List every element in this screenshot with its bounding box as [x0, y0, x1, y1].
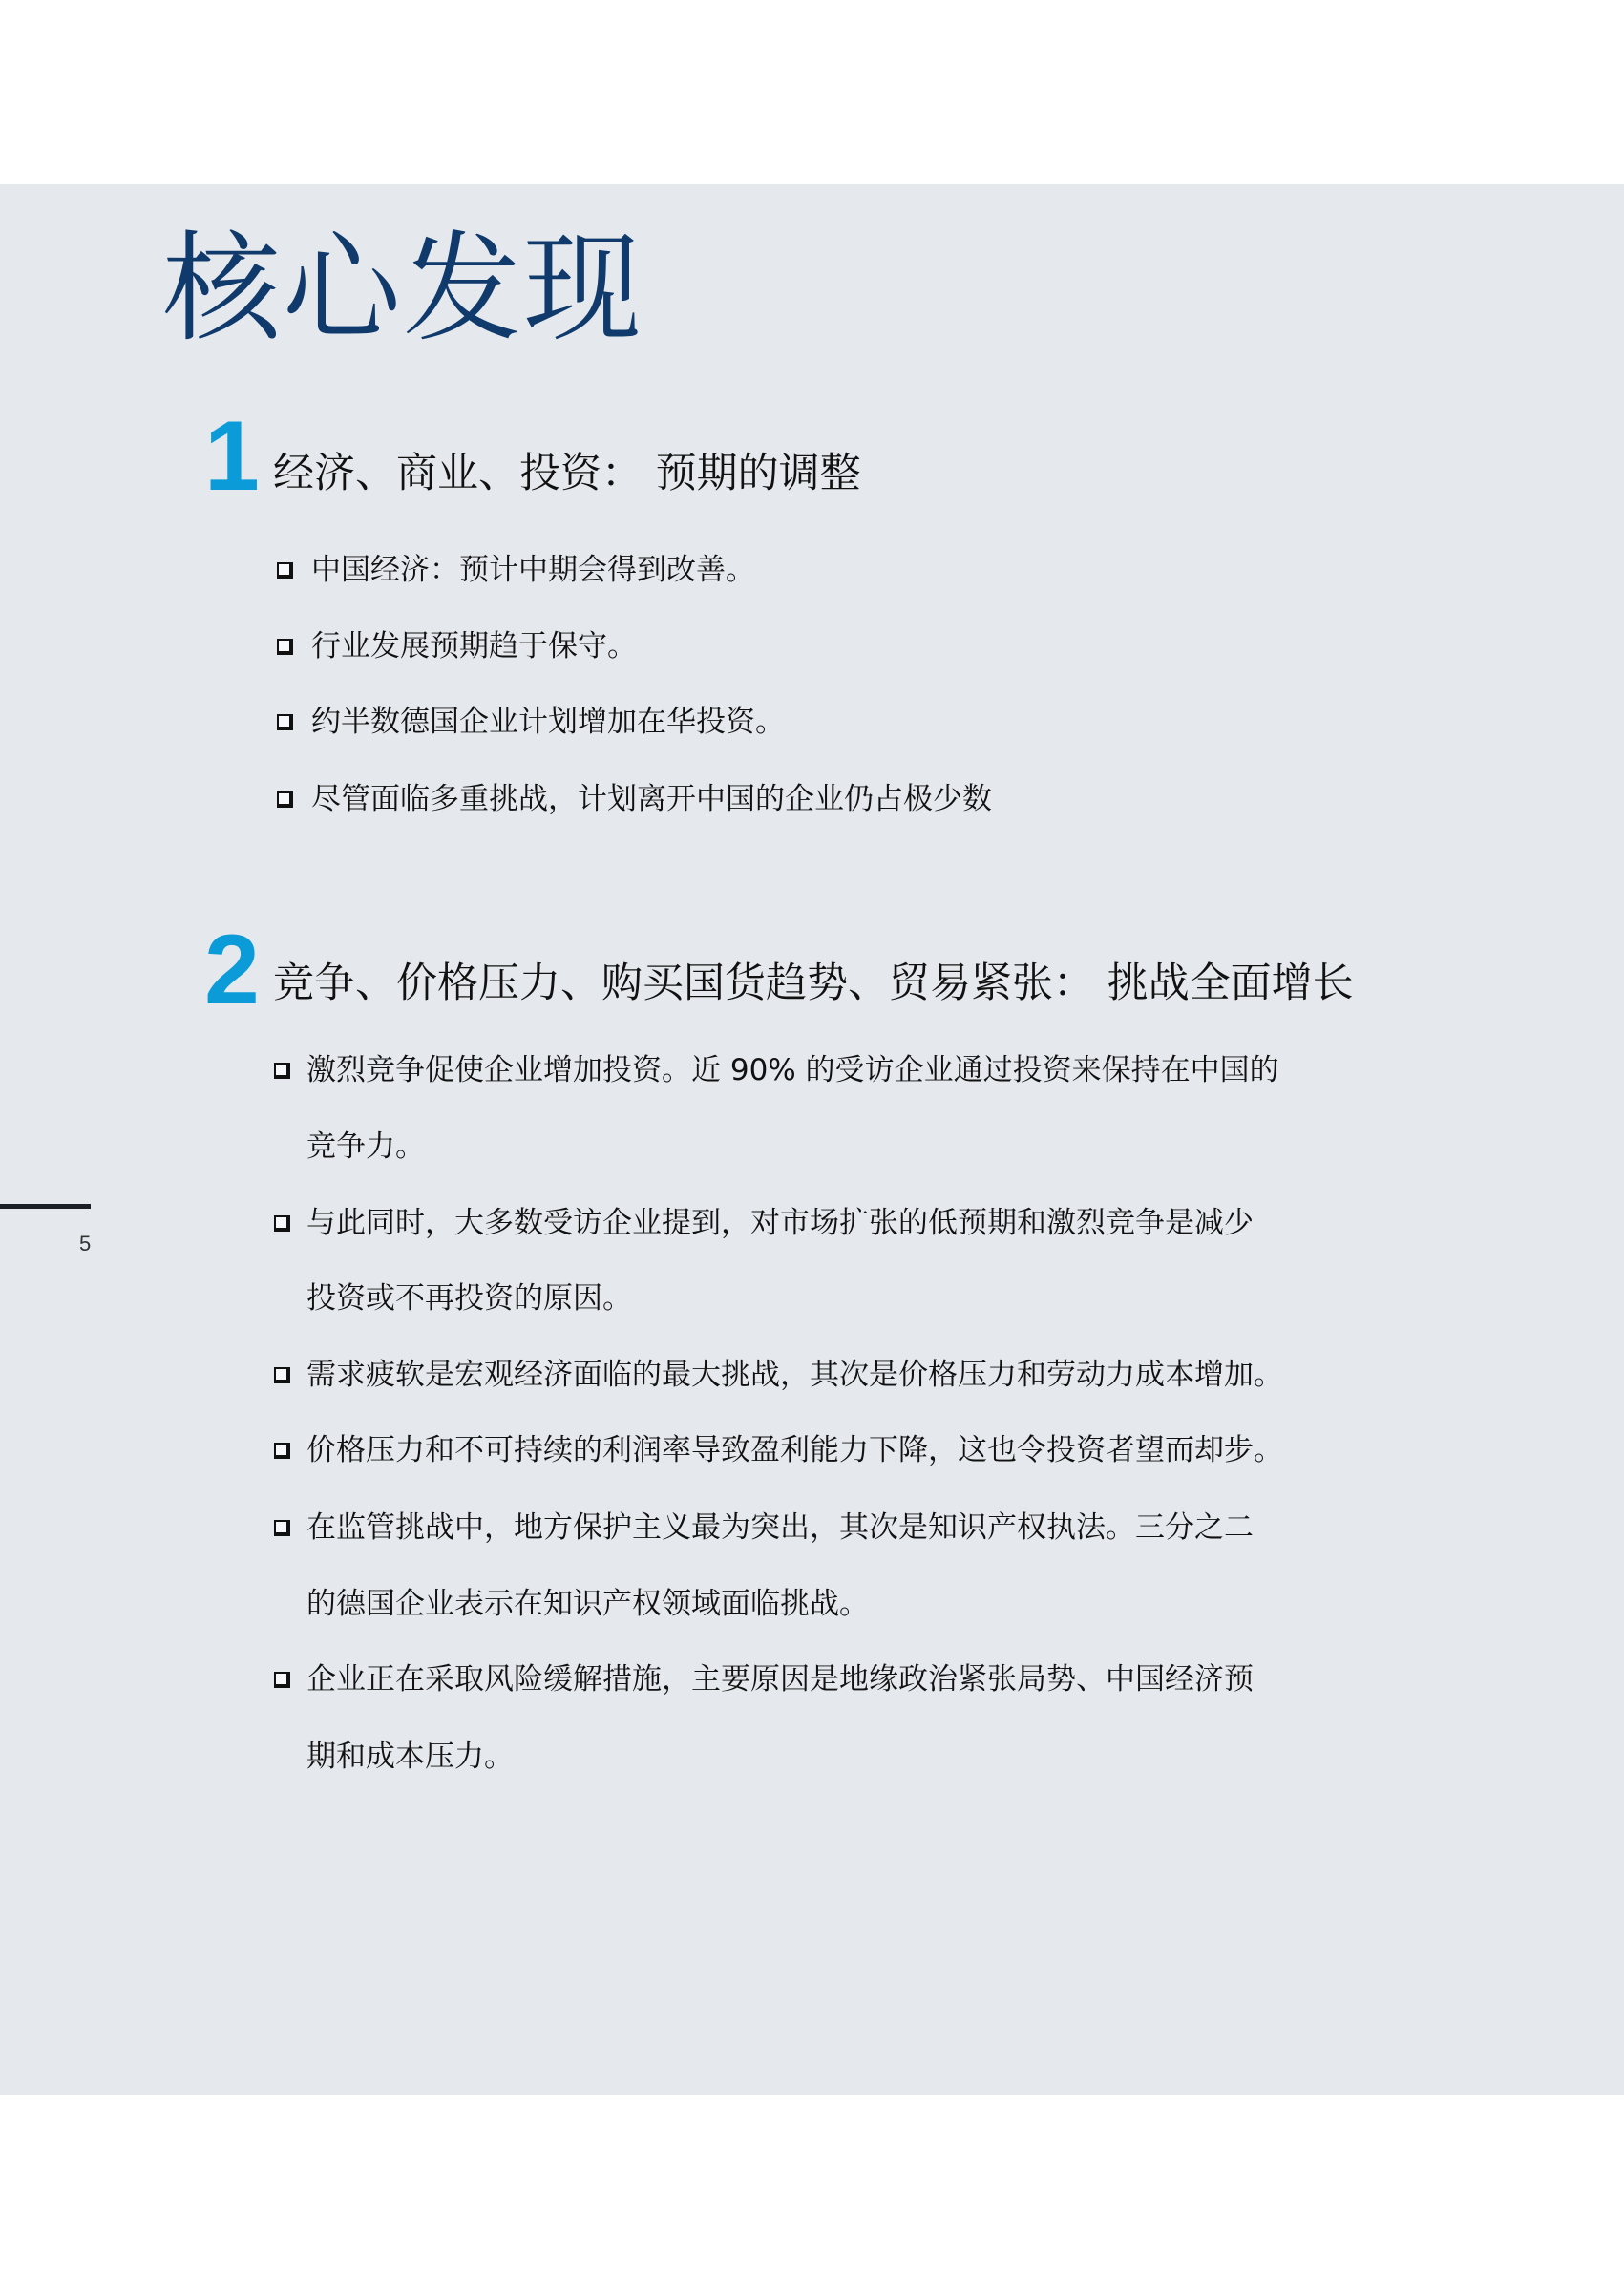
checkbox-shadow-icon	[277, 714, 293, 730]
list-item-text-continued: 期和成本压力。	[306, 1738, 514, 1776]
checkbox-shadow-icon	[277, 791, 293, 808]
list-item-text: 需求疲软是宏观经济面临的最大挑战，其次是价格压力和劳动力成本增加。	[306, 1356, 1283, 1394]
checkbox-shadow-icon	[274, 1443, 290, 1459]
checkbox-shadow-icon	[274, 1215, 290, 1232]
section-1-number: 1	[204, 407, 260, 506]
section-2-number: 2	[204, 920, 260, 1020]
checkbox-shadow-icon	[274, 1672, 290, 1688]
checkbox-shadow-icon	[277, 639, 293, 655]
list-item-text: 与此同时，大多数受访企业提到，对市场扩张的低预期和激烈竞争是减少	[306, 1204, 1254, 1242]
list-item-text-continued: 竞争力。	[306, 1128, 425, 1166]
section-2-heading: 竞争、价格压力、购买国货趋势、贸易紧张： 挑战全面增长	[273, 955, 1354, 1012]
list-item-text: 中国经济：预计中期会得到改善。	[311, 551, 755, 589]
list-item-text: 在监管挑战中，地方保护主义最为突出，其次是知识产权执法。三分之二	[306, 1508, 1254, 1547]
list-item-text: 企业正在采取风险缓解措施，主要原因是地缘政治紧张局势、中国经济预	[306, 1660, 1254, 1698]
page-number: 5	[79, 1232, 91, 1256]
checkbox-shadow-icon	[274, 1520, 290, 1536]
page-title: 核心发现	[162, 218, 643, 361]
checkbox-shadow-icon	[274, 1063, 290, 1079]
list-item-text-continued: 的德国企业表示在知识产权领域面临挑战。	[306, 1585, 869, 1623]
list-item-text: 行业发展预期趋于保守。	[311, 627, 637, 665]
list-item-text: 尽管面临多重挑战，计划离开中国的企业仍占极少数	[311, 780, 992, 818]
list-item-text: 约半数德国企业计划增加在华投资。	[311, 703, 785, 741]
checkbox-shadow-icon	[277, 562, 293, 579]
section-1-heading: 经济、商业、投资： 预期的调整	[273, 445, 861, 502]
list-item-text-continued: 投资或不再投资的原因。	[306, 1279, 632, 1318]
page-marker-rule	[0, 1204, 91, 1209]
checkbox-shadow-icon	[274, 1367, 290, 1383]
list-item-text: 激烈竞争促使企业增加投资。近 90% 的受访企业通过投资来保持在中国的	[306, 1051, 1279, 1089]
list-item-text: 价格压力和不可持续的利润率导致盈利能力下降，这也令投资者望而却步。	[306, 1431, 1283, 1469]
